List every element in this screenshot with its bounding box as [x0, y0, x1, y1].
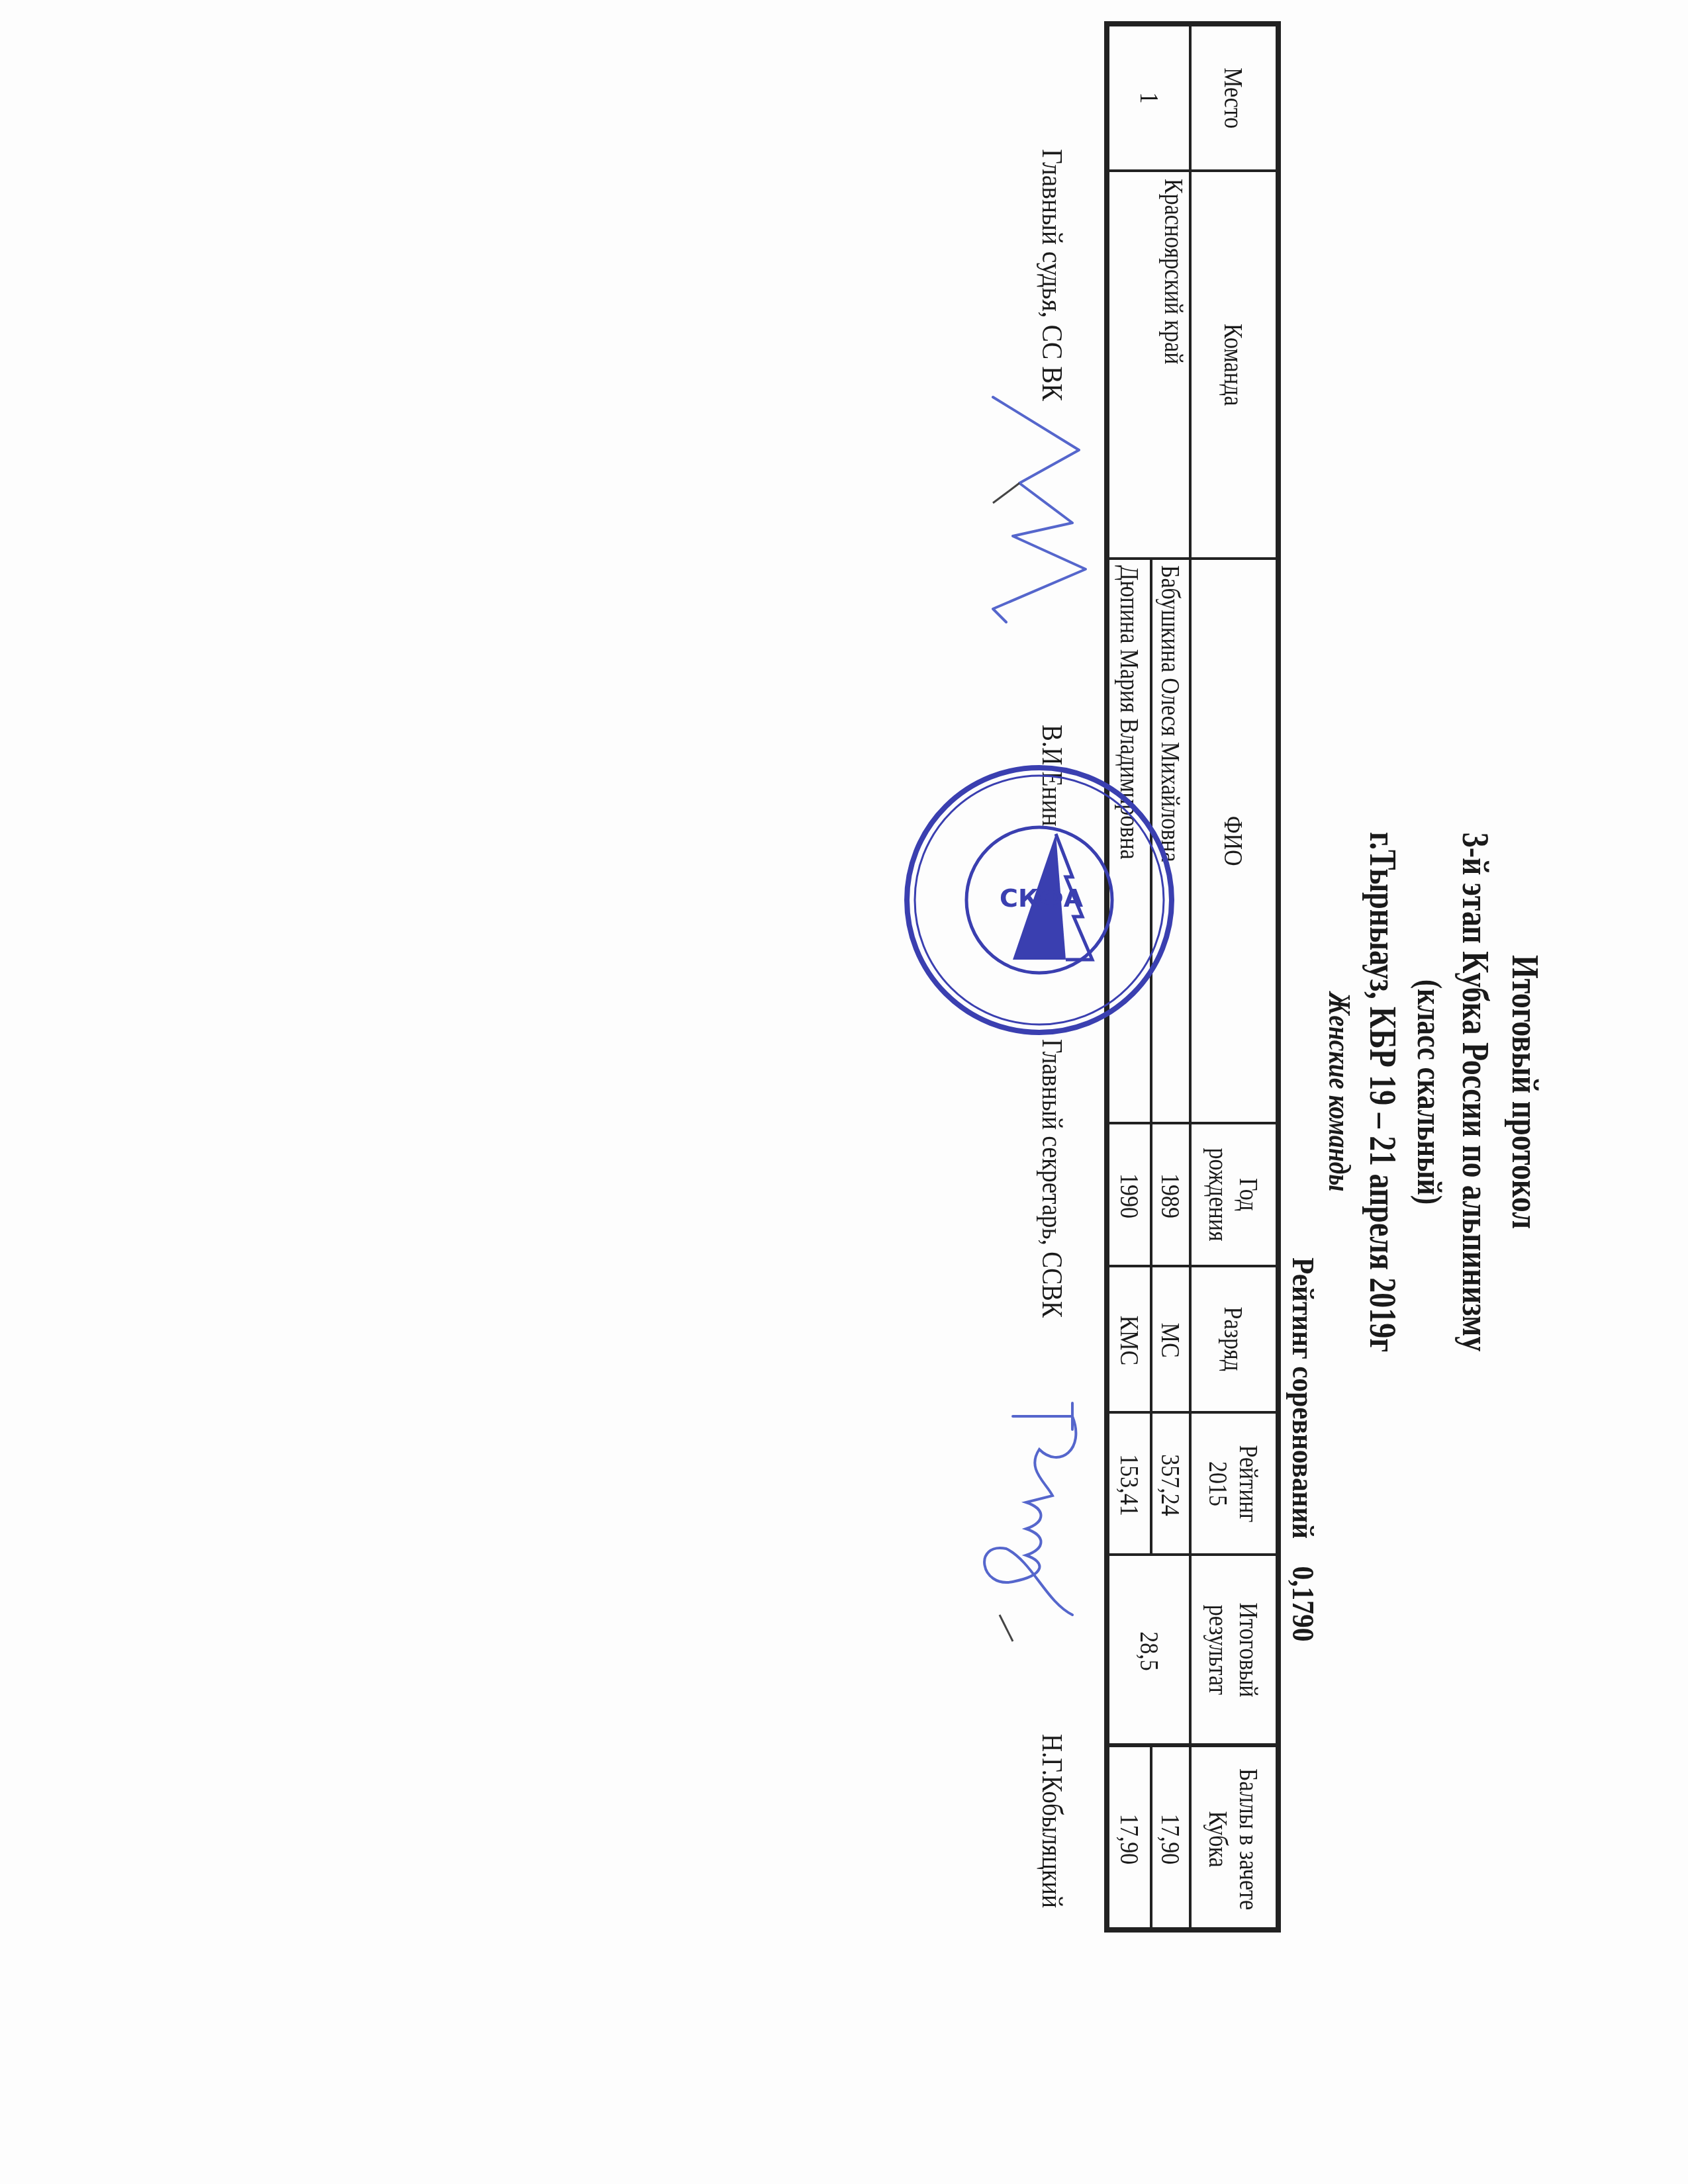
header-place: Место [1192, 26, 1276, 169]
col-divider [1109, 557, 1276, 560]
header-cup-points: Баллы в зачете Кубка [1192, 1746, 1276, 1933]
rating-label: Рейтинг соревнований [1286, 1257, 1320, 1539]
header-name: ФИО [1192, 560, 1276, 1122]
member-birth-year: 1989 [1152, 1124, 1189, 1267]
header-team: Команда [1192, 172, 1276, 557]
document-subtitle: 3-й этап Кубка России по альпинизму [1454, 197, 1496, 1987]
col-divider [1109, 1122, 1276, 1124]
location-date: г.Тырныауз, КБР 19 – 21 апреля 2019г [1361, 197, 1403, 1987]
protocol-page: Итоговый протокол 3-й этап Кубка России … [0, 0, 1688, 2184]
row-divider [1150, 560, 1152, 1556]
category-heading: Женские команды [1322, 197, 1357, 1987]
col-divider [1109, 169, 1276, 172]
chief-secretary-label: Главный секретарь, ССВК [1035, 1039, 1069, 1367]
team-result: 28,5 [1109, 1556, 1189, 1746]
member-birth-year: 1990 [1109, 1124, 1150, 1267]
member-rank: МС [1152, 1267, 1189, 1414]
place-cell: 1 [1109, 26, 1189, 169]
team-cell: Красноярский край [1109, 172, 1189, 557]
header-rank: Разряд [1192, 1267, 1276, 1411]
member-rank: КМС [1109, 1267, 1150, 1414]
header-divider [1189, 26, 1192, 1933]
rating-value: 0,1790 [1286, 1567, 1320, 1642]
header-result: Итоговый результат [1192, 1556, 1276, 1743]
col-divider [1109, 1553, 1276, 1556]
chief-secretary-signature [960, 1390, 1112, 1668]
competition-rating: Рейтинг соревнований0,1790 [1286, 1257, 1321, 1641]
chief-secretary-name: Н.Г.Кобыляцкий [1035, 1734, 1069, 1939]
col-divider [1109, 1743, 1276, 1747]
chief-judge-signature [973, 371, 1105, 675]
svg-text:СКФА: СКФА [1000, 884, 1084, 913]
organization-stamp-icon: СКФА [900, 761, 1178, 1039]
header-rating: Рейтинг 2015 [1192, 1414, 1276, 1553]
member-rating: 153,41 [1109, 1414, 1150, 1556]
col-divider [1109, 1411, 1276, 1414]
member-cup-points: 17,90 [1152, 1746, 1189, 1933]
member-rating: 357,24 [1152, 1414, 1189, 1556]
header-birth-year: Год рождения [1192, 1124, 1276, 1265]
row-divider [1150, 1746, 1152, 1933]
class-line: (класс скальный) [1409, 197, 1448, 1987]
document-title: Итоговый протокол [1503, 197, 1546, 1987]
member-cup-points: 17,90 [1109, 1746, 1150, 1933]
col-divider [1109, 1265, 1276, 1267]
